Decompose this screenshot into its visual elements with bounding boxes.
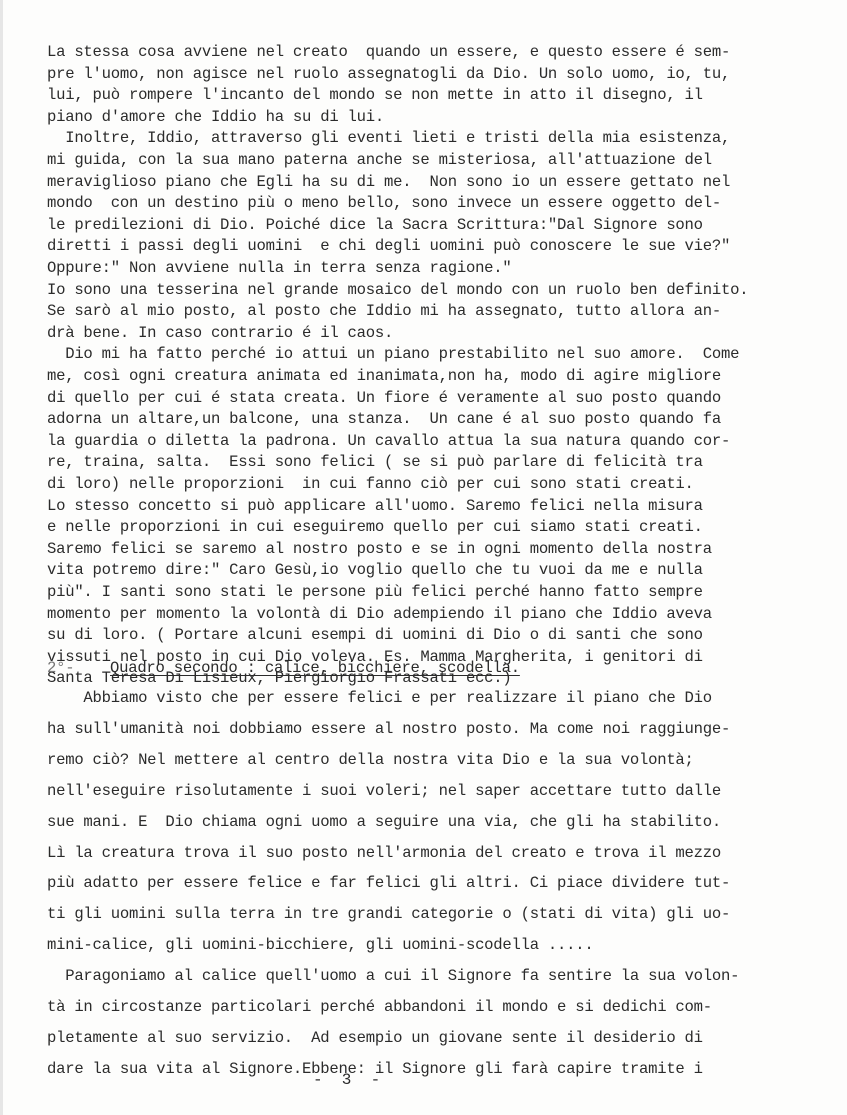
text-line: la guardia o diletta la padrona. Un cava… (47, 431, 730, 451)
text-line: Lo stesso concetto si può applicare all'… (47, 496, 703, 516)
text-line: ha sull'umanità noi dobbiamo essere al n… (47, 719, 730, 739)
text-line: lui, può rompere l'incanto del mondo se … (47, 85, 703, 105)
text-line: mi guida, con la sua mano paterna anche … (47, 150, 712, 170)
text-line: remo ciò? Nel mettere al centro della no… (47, 750, 694, 770)
text-line: sue mani. E Dio chiama ogni uomo a segui… (47, 812, 721, 832)
text-line: mondo con un destino più o meno bello, s… (47, 193, 721, 213)
text-line: Saremo felici se saremo al nostro posto … (47, 539, 712, 559)
text-line: mini-calice, gli uomini-bicchiere, gli u… (47, 935, 593, 955)
section-heading: Quadro secondo : calice, bicchiere, scod… (110, 659, 520, 677)
text-line: Paragoniamo al calice quell'uomo a cui i… (47, 966, 739, 986)
text-line: ti gli uomini sulla terra in tre grandi … (47, 904, 730, 924)
text-line: e nelle proporzioni in cui eseguiremo qu… (47, 517, 703, 537)
text-line: di quello per cui é stata creata. Un fio… (47, 388, 721, 408)
text-line: me, così ogni creatura animata ed inanim… (47, 366, 721, 386)
text-line: La stessa cosa avviene nel creato quando… (47, 42, 730, 62)
text-line: Inoltre, Iddio, attraverso gli eventi li… (47, 128, 730, 148)
text-line: Dio mi ha fatto perché io attui un piano… (47, 344, 739, 364)
text-line: Se sarò al mio posto, al posto che Iddio… (47, 301, 721, 321)
text-line: piano d'amore che Iddio ha su di lui. (47, 107, 384, 127)
text-line: più adatto per essere felice e far felic… (47, 873, 730, 893)
page-number: - 3 - (313, 1071, 380, 1089)
text-line: nell'eseguire risolutamente i suoi voler… (47, 781, 721, 801)
text-line: Io sono una tesserina nel grande mosaico… (47, 280, 748, 300)
text-line: tà in circostanze particolari perché abb… (47, 997, 712, 1017)
text-line: vita potremo dire:" Caro Gesù,io voglio … (47, 560, 703, 580)
text-line: su di loro. ( Portare alcuni esempi di u… (47, 625, 703, 645)
text-line: drà bene. In caso contrario é il caos. (47, 323, 393, 343)
text-line: pre l'uomo, non agisce nel ruolo assegna… (47, 64, 730, 84)
text-line: adorna un altare,un balcone, una stanza.… (47, 409, 721, 429)
document-page: La stessa cosa avviene nel creato quando… (0, 0, 847, 1115)
text-line: le predilezioni di Dio. Poiché dice la S… (47, 215, 703, 235)
text-line: di loro) nelle proporzioni in cui fanno … (47, 474, 694, 494)
text-line: pletamente al suo servizio. Ad esempio u… (47, 1028, 703, 1048)
scan-edge (0, 0, 3, 1115)
text-line: Oppure:" Non avviene nulla in terra senz… (47, 258, 512, 278)
text-line: Lì la creatura trova il suo posto nell'a… (47, 843, 721, 863)
text-line: Abbiamo visto che per essere felici e pe… (47, 688, 712, 708)
text-line: diretti i passi degli uomini e chi degli… (47, 236, 730, 256)
text-line: meraviglioso piano che Egli ha su di me.… (47, 172, 730, 192)
text-line: re, traina, salta. Essi sono felici ( se… (47, 452, 703, 472)
text-line: più". I santi sono stati le persone più … (47, 582, 703, 602)
text-line: momento per momento la volontà di Dio ad… (47, 604, 712, 624)
section-number: 2°- (47, 659, 74, 677)
